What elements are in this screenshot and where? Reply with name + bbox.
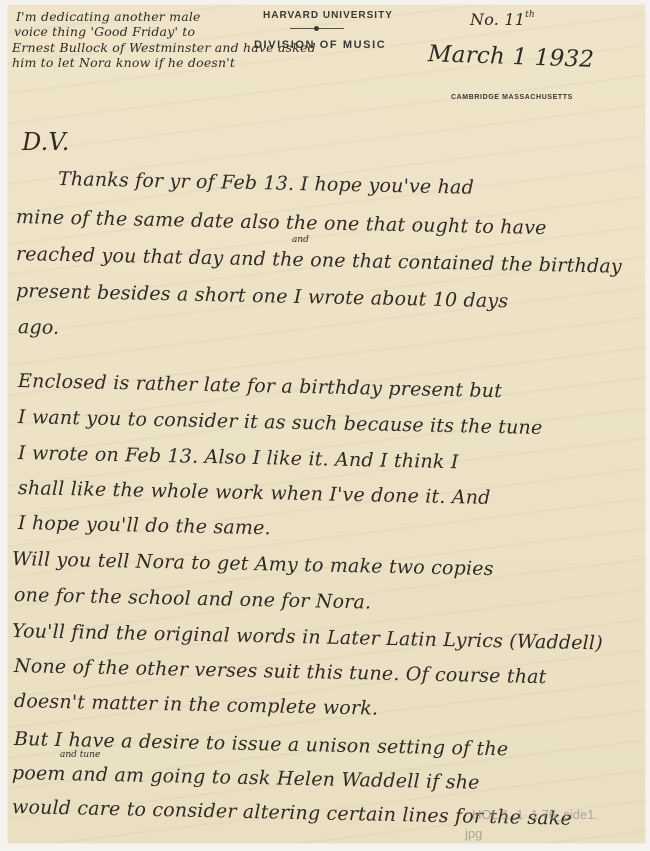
interlinear-insert: and [292, 235, 309, 245]
filename-overlay-line2: jpg [465, 826, 482, 841]
header-note-line: him to let Nora know if he doesn't [12, 55, 235, 70]
header-note-line: I'm dedicating another male [16, 9, 201, 24]
letterhead-university: HARVARD UNIVERSITY [263, 10, 393, 21]
letter-number: No. 11th [470, 10, 535, 29]
interlinear-insert: and tune [60, 750, 100, 760]
body-line: ago. [18, 316, 60, 339]
letter-number-suffix: th [525, 10, 535, 20]
letterhead-ornament [314, 26, 319, 31]
letterhead-city: CAMBRIDGE MASSACHUSETTS [451, 94, 573, 101]
letter-number-text: No. 11 [470, 10, 525, 29]
salutation: D.V. [22, 128, 70, 156]
header-note-line: voice thing 'Good Friday' to [14, 24, 195, 39]
filename-overlay-line1: HOL 1 .1 .1 76_side1. [472, 807, 598, 822]
header-note-line: Ernest Bullock of Westminster and have a… [12, 40, 316, 55]
